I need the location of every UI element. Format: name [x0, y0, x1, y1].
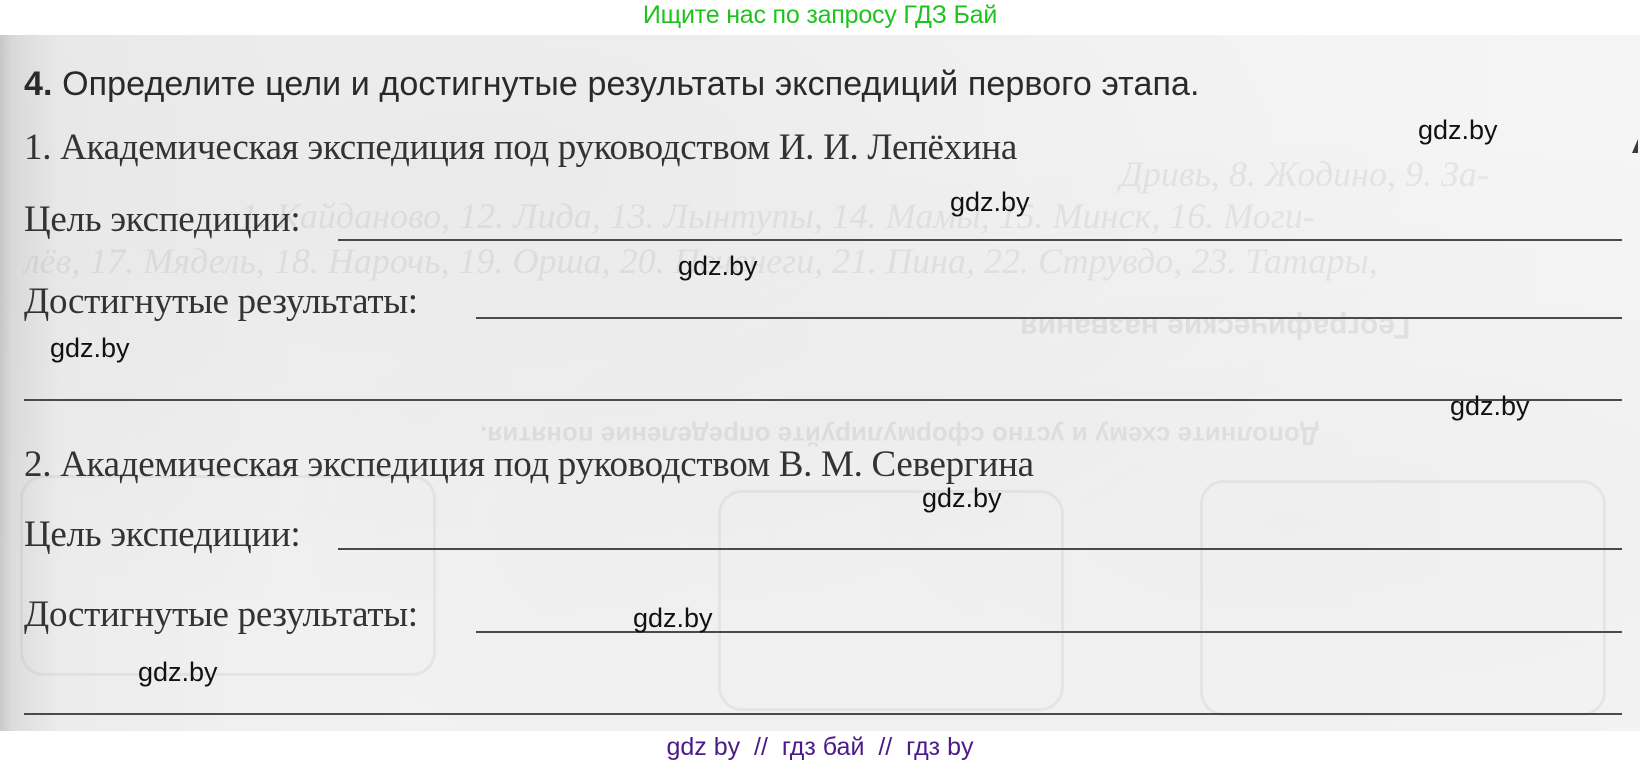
results-label: Достигнутые результаты: [24, 280, 418, 323]
bleed-text-line: Дривь, 8. Жодино, 9. За- [1120, 153, 1489, 195]
bleed-text-line: 1. Кайданово, 12. Лида, 13. Лынтупы, 14.… [240, 195, 1315, 237]
watermark: gdz.by [922, 483, 1002, 514]
bleed-box [718, 490, 1064, 711]
watermark: gdz.by [1418, 115, 1498, 146]
results-answer-line[interactable] [476, 317, 1622, 319]
goal-answer-line[interactable] [338, 548, 1622, 550]
task-title-text: Определите цели и достигнутые результаты… [62, 65, 1199, 103]
goal-answer-line[interactable] [338, 239, 1622, 241]
watermark: gdz.by [950, 187, 1030, 218]
watermark: gdz.by [1450, 391, 1530, 422]
bleed-heading-mirrored: Географические названия [1020, 310, 1410, 344]
bleed-box [1200, 480, 1606, 716]
workbook-page: Дривь, 8. Жодино, 9. За- 1. Кайданово, 1… [0, 35, 1640, 731]
watermark: gdz.by [633, 603, 713, 634]
watermark: gdz.by [50, 333, 130, 364]
task-number: 4. [24, 65, 53, 103]
search-hint-banner: Ищите нас по запросу ГДЗ Бай [0, 0, 1640, 35]
expedition-heading: 1. Академическая экспедиция под руководс… [24, 126, 1017, 169]
goal-label: Цель экспедиции: [24, 513, 300, 556]
goal-label: Цель экспедиции: [24, 198, 300, 241]
bleed-box [20, 475, 436, 676]
results-answer-line-continued[interactable] [24, 713, 1622, 715]
watermark: gdz.by [678, 251, 758, 282]
footer-links: gdz by // гдз бай // гдз by [0, 731, 1640, 766]
task-heading: 4. Определите цели и достигнутые результ… [24, 65, 1200, 104]
results-answer-line-continued[interactable] [24, 399, 1622, 401]
results-label: Достигнутые результаты: [24, 593, 418, 636]
expedition-heading: 2. Академическая экспедиция под руководс… [24, 443, 1034, 486]
watermark: gdz.by [138, 657, 218, 688]
page-edge-mark [1632, 139, 1638, 153]
